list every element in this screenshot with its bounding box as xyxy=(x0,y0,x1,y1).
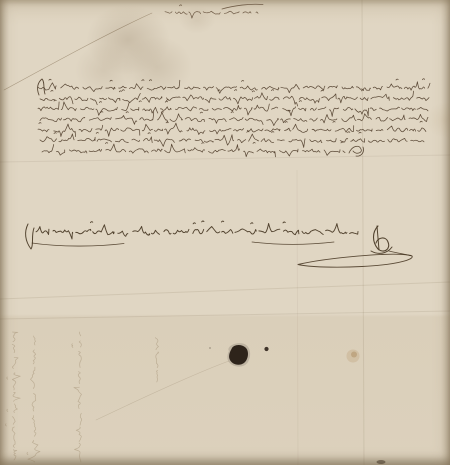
docket-underline-left xyxy=(32,243,124,246)
body-text-line-7 xyxy=(42,142,345,157)
docket-text-line xyxy=(36,221,358,239)
body-text-line-6 xyxy=(40,131,424,147)
heading-text-line xyxy=(165,5,258,18)
diagonal-scratch-top-left xyxy=(4,13,152,90)
heading-flourish-stroke xyxy=(222,4,263,9)
manuscript-ink-layer xyxy=(0,0,450,465)
body-text-block xyxy=(38,79,430,157)
scan-frame xyxy=(0,0,450,465)
bottom-edge-smudge xyxy=(377,460,386,464)
paragraph-end-rubric xyxy=(349,146,364,156)
verso-text-column-2 xyxy=(27,336,40,462)
verso-text-column-4 xyxy=(156,338,159,382)
initial-letter-stroke xyxy=(38,79,45,95)
ink-blot xyxy=(209,343,269,367)
verso-text-column-1 xyxy=(5,332,20,460)
body-text-line-1 xyxy=(38,79,430,94)
body-text-line-5 xyxy=(38,121,426,136)
bottom-right-stain-inner xyxy=(351,352,357,358)
ink-blot-halo xyxy=(227,343,250,367)
body-text-line-2 xyxy=(40,90,429,106)
rubric-flourish xyxy=(298,226,412,267)
long-ellipse-flourish xyxy=(298,254,412,267)
docket-initial-stroke xyxy=(26,224,34,249)
verso-text-column-3 xyxy=(72,332,82,462)
ink-blot-satellite xyxy=(264,347,268,351)
verso-showthrough-text xyxy=(5,332,158,462)
small-stains xyxy=(347,350,386,465)
paraph-loop xyxy=(374,226,389,251)
ink-blot-speck xyxy=(209,347,211,349)
diagonal-scratch-bottom xyxy=(96,361,229,420)
docket-signature-line xyxy=(26,221,358,249)
heading-inscription xyxy=(165,4,263,18)
scratch-lines xyxy=(4,13,229,420)
docket-underline-right xyxy=(252,242,334,244)
